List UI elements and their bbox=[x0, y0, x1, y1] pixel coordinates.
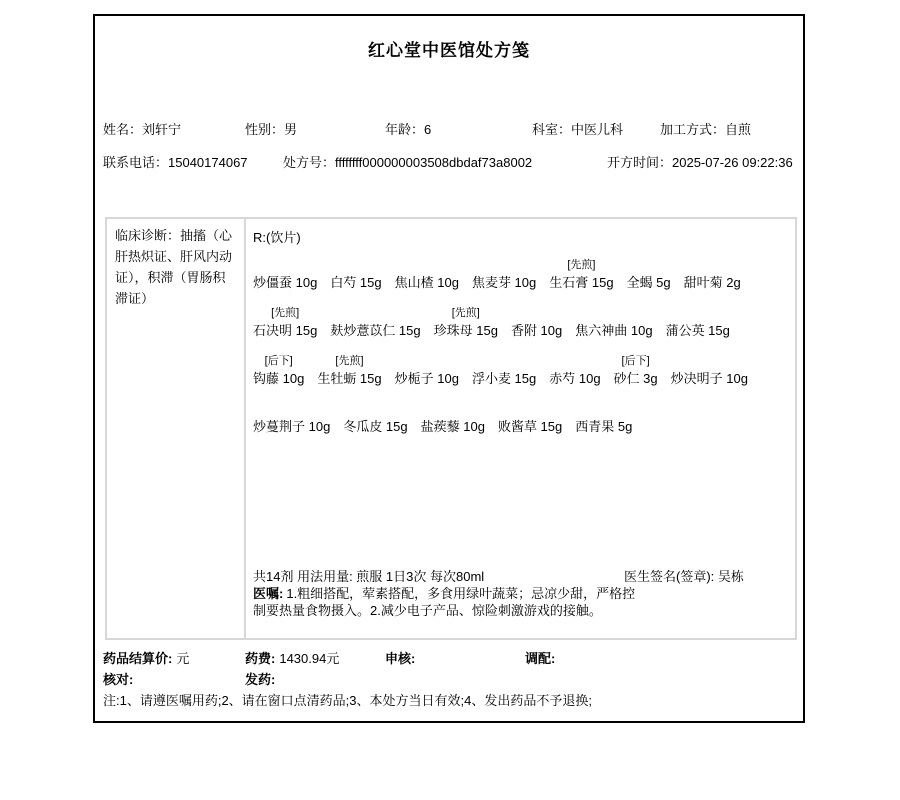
medicine-text: 西青果 5g bbox=[575, 418, 632, 435]
decoction-tag: [先煎] bbox=[335, 353, 363, 370]
medicine-item: 炒僵蚕 10g bbox=[253, 257, 317, 291]
prescription-box: 临床诊断：抽搐（心肝热炽证、肝风内动证），积滞（胃肠积滞证） R:(饮片) 炒僵… bbox=[105, 217, 797, 640]
medicine-item: 炒栀子 10g bbox=[395, 353, 459, 387]
medicine-text: 生牡蛎 15g bbox=[317, 370, 381, 387]
medicine-text: 蒲公英 15g bbox=[666, 322, 730, 339]
prescription-number: 处方号：ffffffff000000003508dbdaf73a8002 bbox=[283, 152, 532, 171]
medicine-item: 炒决明子 10g bbox=[671, 353, 748, 387]
medicine-text: 焦六神曲 10g bbox=[575, 322, 652, 339]
medicine-text: 炒栀子 10g bbox=[395, 370, 459, 387]
review-field: 申核: bbox=[385, 648, 415, 667]
medicine-item: 焦麦芽 10g bbox=[472, 257, 536, 291]
medicine-item: 焦六神曲 10g bbox=[575, 305, 652, 339]
dispense-field: 发药: bbox=[245, 669, 275, 688]
medicine-item: 全蝎 5g bbox=[627, 257, 671, 291]
patient-age: 年龄：6 bbox=[385, 119, 431, 138]
medicine-text: 炒僵蚕 10g bbox=[253, 274, 317, 291]
medicine-row: [先煎]石决明 15g 麸炒薏苡仁 15g [先煎]珍珠母 15g 香附 10g… bbox=[253, 305, 748, 339]
check-field: 核对: bbox=[103, 669, 133, 688]
medicine-text: 炒决明子 10g bbox=[671, 370, 748, 387]
medicine-item: [先煎]生石膏 15g bbox=[549, 257, 613, 291]
clinical-diagnosis: 临床诊断：抽搐（心肝热炽证、肝风内动证），积滞（胃肠积滞证） bbox=[107, 219, 246, 638]
medicine-text: 生石膏 15g bbox=[549, 274, 613, 291]
medicine-text: 砂仁 3g bbox=[614, 370, 658, 387]
issue-time: 开方时间：2025-07-26 09:22:36 bbox=[607, 152, 793, 171]
medicine-text: 香附 10g bbox=[511, 322, 562, 339]
medicine-item: 西青果 5g bbox=[575, 401, 632, 435]
medicine-text: 盐蒺藜 10g bbox=[421, 418, 485, 435]
medicine-item: 冬瓜皮 15g bbox=[343, 401, 407, 435]
medicine-item: 盐蒺藜 10g bbox=[421, 401, 485, 435]
medicine-fee-value: 1430.94元 bbox=[279, 651, 339, 666]
compound-field: 调配: bbox=[525, 648, 555, 667]
medicine-text: 浮小麦 15g bbox=[472, 370, 536, 387]
medicine-item: 炒蔓荆子 10g bbox=[253, 401, 330, 435]
decoction-tag: [先煎] bbox=[271, 305, 299, 322]
medicine-item: 焦山楂 10g bbox=[395, 257, 459, 291]
medical-advice-label: 医嘱: bbox=[253, 586, 283, 601]
footer-note: 注:1、请遵医嘱用药;2、请在窗口点清药品;3、本处方当日有效;4、发出药品不予… bbox=[103, 690, 592, 709]
medicine-text: 白芍 15g bbox=[330, 274, 381, 291]
medicine-row: [后下]钩藤 10g [先煎]生牡蛎 15g 炒栀子 10g 浮小麦 15g 赤… bbox=[253, 353, 748, 387]
medicine-row: 炒僵蚕 10g 白芍 15g 焦山楂 10g 焦麦芽 10g [先煎]生石膏 1… bbox=[253, 257, 748, 291]
settlement-price-value: 元 bbox=[176, 651, 189, 666]
medicine-text: 败酱草 15g bbox=[498, 418, 562, 435]
medicine-row: 炒蔓荆子 10g 冬瓜皮 15g 盐蒺藜 10g 败酱草 15g 西青果 5g bbox=[253, 401, 748, 435]
medicine-text: 赤芍 10g bbox=[549, 370, 600, 387]
decoction-tag: [后下] bbox=[622, 353, 650, 370]
medicine-text: 甜叶菊 2g bbox=[684, 274, 741, 291]
medicine-item: [后下]钩藤 10g bbox=[253, 353, 304, 387]
processing-method: 加工方式：自煎 bbox=[660, 119, 751, 138]
decoction-tag: [后下] bbox=[265, 353, 293, 370]
medicine-item: [后下]砂仁 3g bbox=[614, 353, 658, 387]
patient-name: 姓名：刘轩宁 bbox=[103, 119, 181, 138]
medicine-item: [先煎]石决明 15g bbox=[253, 305, 317, 339]
decoction-tag: [先煎] bbox=[567, 257, 595, 274]
prescription-sheet: 红心堂中医馆处方笺 姓名：刘轩宁 性别：男 年龄：6 科室：中医儿科 加工方式：… bbox=[93, 14, 805, 723]
medicine-item: 香附 10g bbox=[511, 305, 562, 339]
medicine-text: 石决明 15g bbox=[253, 322, 317, 339]
medicine-item: [先煎]珍珠母 15g bbox=[434, 305, 498, 339]
medicine-item: 赤芍 10g bbox=[549, 353, 600, 387]
medical-advice-text: 1.粗细搭配，荤素搭配，多食用绿叶蔬菜；忌凉少甜，严格控制要热量食物摄入。2.减… bbox=[253, 586, 635, 618]
settlement-price: 药品结算价:元 bbox=[103, 648, 189, 667]
medicine-item: 败酱草 15g bbox=[498, 401, 562, 435]
doctor-signature: 医生签名(签章): 吴栋 bbox=[624, 566, 744, 585]
medicine-text: 炒蔓荆子 10g bbox=[253, 418, 330, 435]
medicine-text: 焦山楂 10g bbox=[395, 274, 459, 291]
medicine-item: [先煎]生牡蛎 15g bbox=[317, 353, 381, 387]
medical-advice: 医嘱:1.粗细搭配，荤素搭配，多食用绿叶蔬菜；忌凉少甜，严格控制要热量食物摄入。… bbox=[253, 585, 637, 619]
medicine-item: 麸炒薏苡仁 15g bbox=[330, 305, 420, 339]
medicine-fee-label: 药费: bbox=[245, 651, 275, 666]
patient-department: 科室：中医儿科 bbox=[532, 119, 623, 138]
medicine-text: 珍珠母 15g bbox=[434, 322, 498, 339]
page-title: 红心堂中医馆处方笺 bbox=[95, 36, 803, 61]
medicine-text: 冬瓜皮 15g bbox=[343, 418, 407, 435]
medicine-item: 浮小麦 15g bbox=[472, 353, 536, 387]
medicine-rows: 炒僵蚕 10g 白芍 15g 焦山楂 10g 焦麦芽 10g [先煎]生石膏 1… bbox=[253, 257, 748, 449]
medicine-fee: 药费:1430.94元 bbox=[245, 648, 339, 667]
medicine-text: 钩藤 10g bbox=[253, 370, 304, 387]
medicine-text: 全蝎 5g bbox=[627, 274, 671, 291]
medicine-text: 麸炒薏苡仁 15g bbox=[330, 322, 420, 339]
medicine-item: 白芍 15g bbox=[330, 257, 381, 291]
usage-dosage: 共14剂 用法用量: 煎服 1日3次 每次80ml bbox=[253, 566, 484, 585]
settlement-price-label: 药品结算价: bbox=[103, 651, 172, 666]
medicine-item: 蒲公英 15g bbox=[666, 305, 730, 339]
contact-phone: 联系电话：15040174067 bbox=[103, 152, 248, 171]
medicine-item: 甜叶菊 2g bbox=[684, 257, 741, 291]
medicine-text: 焦麦芽 10g bbox=[472, 274, 536, 291]
decoction-tag: [先煎] bbox=[452, 305, 480, 322]
patient-gender: 性别：男 bbox=[245, 119, 297, 138]
rx-header: R:(饮片) bbox=[253, 227, 301, 246]
